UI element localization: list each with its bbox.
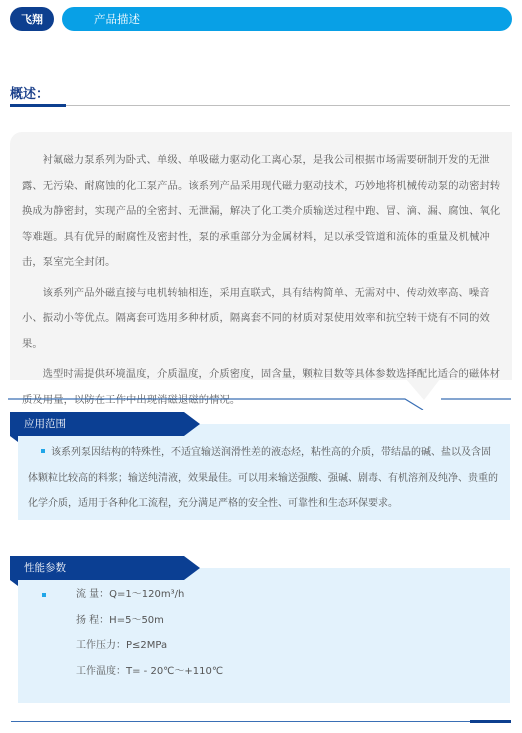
param-pressure-label: 工作压力：P≤2MPa [76, 640, 167, 651]
application-text: 该系列泵因结构的特殊性，不适宜输送润滑性差的液态烃，粘性高的介质，带结晶的碱、盐… [28, 447, 498, 509]
overview-heading: 概述： [10, 83, 49, 102]
page-title-bar: 产品描述 [62, 7, 512, 31]
bullet-icon [41, 449, 45, 453]
performance-section: 性能参数 流 量：Q=1～120m³/h 扬 程：H=5～50m 工作压力：P≤… [18, 568, 510, 703]
param-flow-label: 流 量：Q=1～120m³/h [76, 589, 184, 600]
footer-divider [11, 721, 511, 722]
param-head: 扬 程：H=5～50m [42, 608, 223, 634]
param-head-label: 扬 程：H=5～50m [76, 615, 164, 626]
notch-divider [0, 370, 522, 410]
footer-divider-accent [470, 720, 511, 723]
param-temperature: 工作温度：T= - 20℃～+110℃ [42, 659, 223, 685]
param-temperature-label: 工作温度：T= - 20℃～+110℃ [76, 666, 223, 677]
param-flow: 流 量：Q=1～120m³/h [42, 582, 223, 608]
page-title: 产品描述 [94, 11, 140, 27]
brand-badge: 飞翔 [10, 7, 54, 31]
application-section: 应用范围 该系列泵因结构的特殊性，不适宜输送润滑性差的液态烃，粘性高的介质，带结… [18, 424, 510, 520]
overview-paragraph-2: 该系列产品外磁直接与电机转轴相连，采用直联式，具有结构简单、无需对中、传动效率高… [22, 281, 502, 358]
bullet-icon [42, 593, 46, 597]
overview-divider [10, 105, 510, 106]
overview-paragraph-1: 衬氟磁力泵系列为卧式、单级、单吸磁力驱动化工离心泵，是我公司根据市场需要研制开发… [22, 148, 502, 276]
performance-heading: 性能参数 [24, 560, 66, 575]
application-text-block: 该系列泵因结构的特殊性，不适宜输送润滑性差的液态烃，粘性高的介质，带结晶的碱、盐… [28, 440, 500, 517]
application-heading: 应用范围 [24, 416, 66, 431]
param-pressure: 工作压力：P≤2MPa [42, 633, 223, 659]
brand-label: 飞翔 [21, 11, 43, 27]
overview-card: 衬氟磁力泵系列为卧式、单级、单吸磁力驱动化工离心泵，是我公司根据市场需要研制开发… [10, 132, 512, 380]
param-list: 流 量：Q=1～120m³/h 扬 程：H=5～50m 工作压力：P≤2MPa … [42, 582, 223, 684]
overview-divider-accent [10, 104, 66, 107]
